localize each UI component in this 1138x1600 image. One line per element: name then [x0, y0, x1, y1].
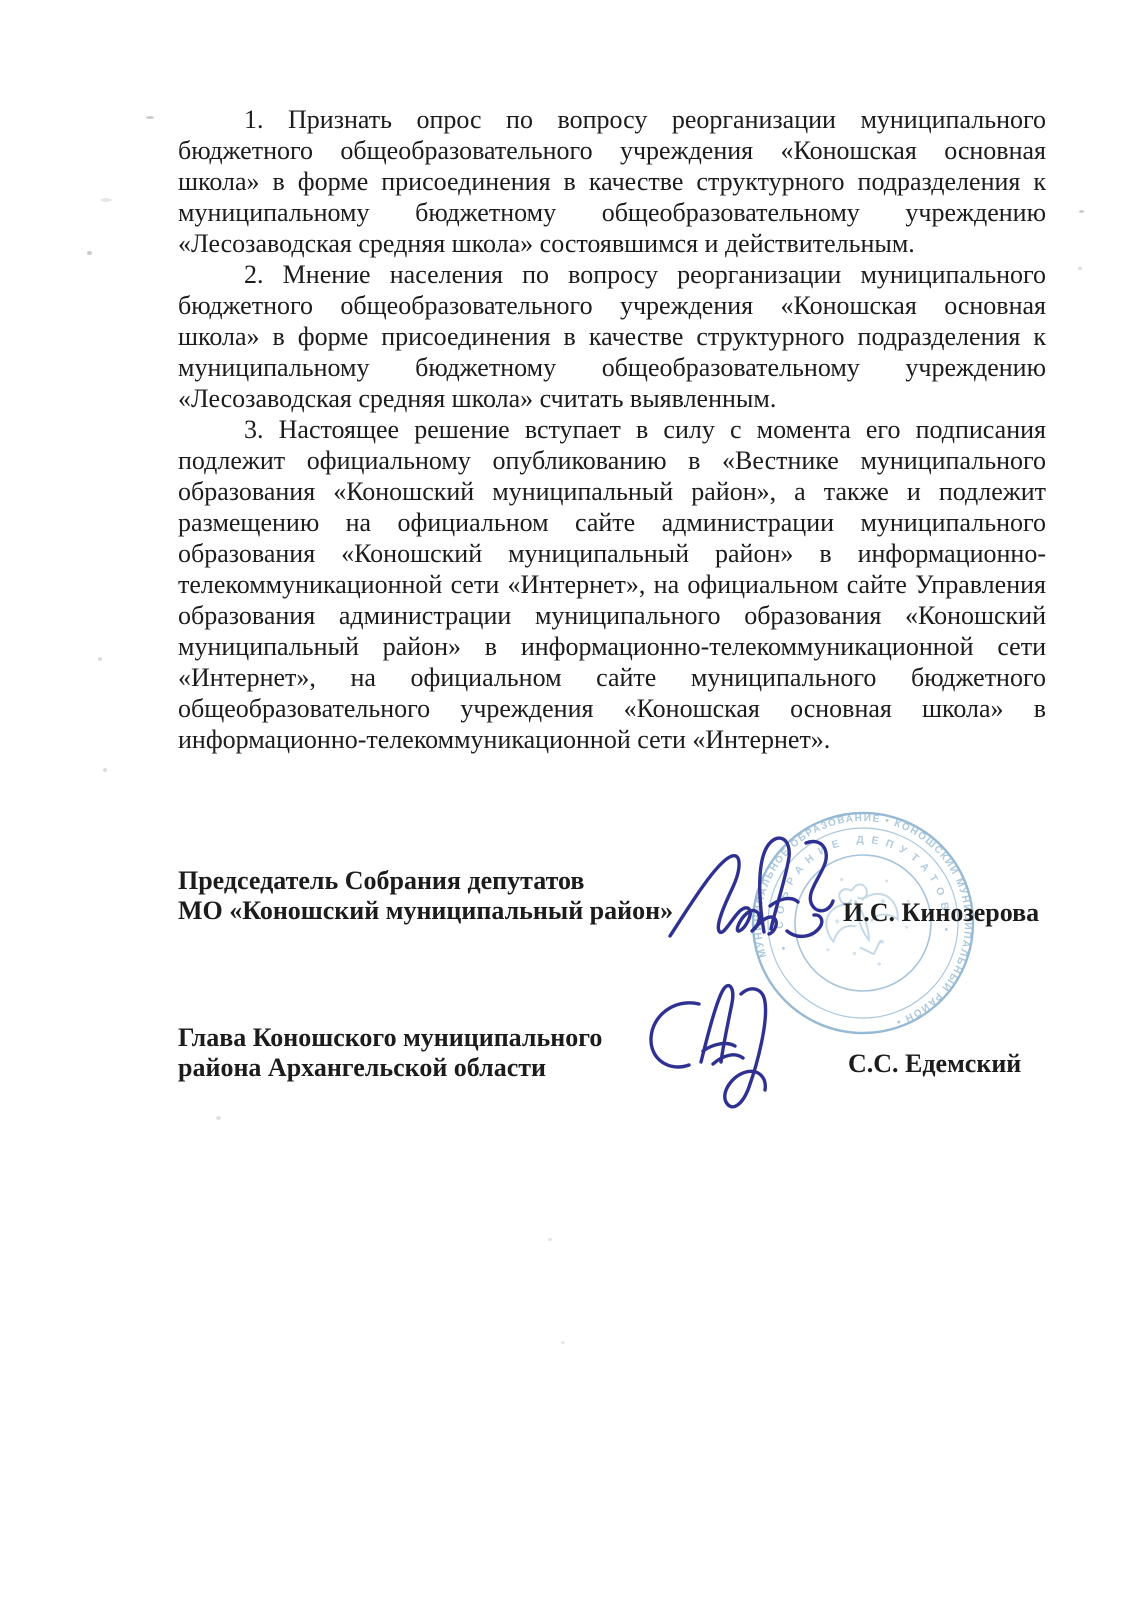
body-line: общеобразовательного учреждения «Коношск…	[178, 693, 1046, 724]
scan-speck	[98, 657, 102, 661]
body-line: школа» в форме присоединения в качестве …	[178, 166, 1046, 197]
body-line: 3. Настоящее решение вступает в силу с м…	[178, 414, 1046, 445]
body-line: информационно-телекоммуникационной сети …	[178, 724, 1046, 755]
scan-speck	[1078, 267, 1082, 270]
body-line: школа» в форме присоединения в качестве …	[178, 321, 1046, 352]
scan-speck	[561, 1341, 565, 1344]
body-line: образования «Коношский муниципальный рай…	[178, 476, 1046, 507]
scan-speck	[548, 1238, 552, 1241]
scan-speck	[146, 116, 154, 119]
paragraph-1: 1. Признать опрос по вопросу реорганизац…	[178, 104, 1046, 259]
signatory-2-title: Глава Коношского муниципального района А…	[178, 1023, 602, 1083]
body-line: образования «Коношский муниципальный рай…	[178, 538, 1046, 569]
paragraph-3: 3. Настоящее решение вступает в силу с м…	[178, 414, 1046, 755]
body-line: бюджетного общеобразовательного учрежден…	[178, 135, 1046, 166]
body-line: «Лесозаводская средняя школа» состоявшим…	[178, 228, 1046, 259]
scan-speck	[216, 1116, 221, 1120]
scan-speck	[103, 768, 107, 772]
paragraph-2: 2. Мнение населения по вопросу реорганиз…	[178, 259, 1046, 414]
signatory-1-title-line-1: Председатель Собрания депутатов	[178, 866, 673, 896]
body-line: муниципальному бюджетному общеобразовате…	[178, 352, 1046, 383]
signatory-1-title: Председатель Собрания депутатов МО «Коно…	[178, 866, 673, 926]
signatory-2-title-line-1: Глава Коношского муниципального	[178, 1023, 602, 1053]
body-line: муниципальный район» в информационно-тел…	[178, 631, 1046, 662]
body-line: муниципальному бюджетному общеобразовате…	[178, 197, 1046, 228]
body-line: подлежит официальному опубликованию в «В…	[178, 445, 1046, 476]
body-line: бюджетного общеобразовательного учрежден…	[178, 290, 1046, 321]
scan-speck	[87, 251, 92, 255]
signatory-2-name: С.С. Едемский	[848, 1049, 1021, 1079]
body-line: «Интернет», на официальном сайте муницип…	[178, 662, 1046, 693]
scan-speck	[1079, 210, 1084, 213]
document-page: 1. Признать опрос по вопросу реорганизац…	[0, 0, 1138, 1600]
scan-speck	[101, 198, 112, 202]
document-body: 1. Признать опрос по вопросу реорганизац…	[178, 104, 1046, 755]
body-line: телекоммуникационной сети «Интернет», на…	[178, 569, 1046, 600]
body-line: образования администрации муниципального…	[178, 600, 1046, 631]
signatory-1-title-line-2: МО «Коношский муниципальный район»	[178, 896, 673, 926]
body-line: «Лесозаводская средняя школа» считать вы…	[178, 383, 1046, 414]
body-line: 2. Мнение населения по вопросу реорганиз…	[178, 259, 1046, 290]
signatory-1-name: И.С. Кинозерова	[843, 898, 1039, 928]
body-line: 1. Признать опрос по вопросу реорганизац…	[178, 104, 1046, 135]
body-line: размещению на официальном сайте админист…	[178, 507, 1046, 538]
signatory-2-title-line-2: района Архангельской области	[178, 1053, 602, 1083]
